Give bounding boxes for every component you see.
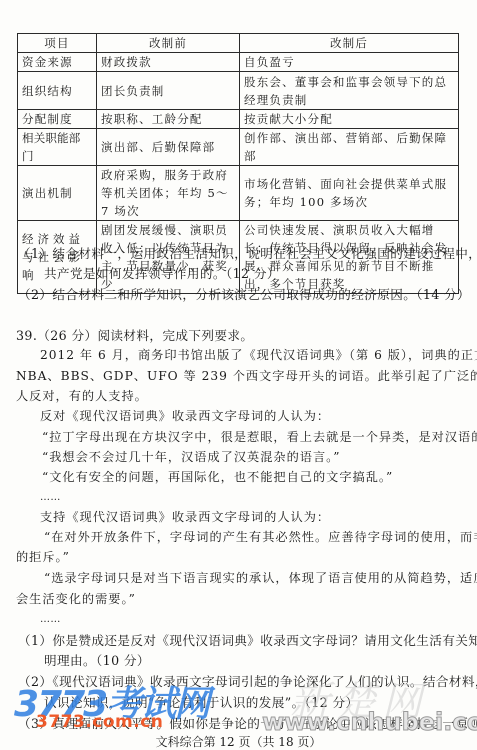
support-quote-2-line1: “选录字母词只是对当下语言现实的承认，体现了语言使用的从简趋势，适应了社 bbox=[44, 570, 477, 586]
q38-sub2: （2）结合材料二和所学知识，分析该演艺公司取得成功的经济原因。（14 分） bbox=[18, 287, 470, 303]
row-after: 按贡献大小分配 bbox=[240, 110, 459, 129]
support-quote-1-line2: 的拒斥。” bbox=[16, 549, 70, 565]
oppose-quote-1: “拉丁字母出现在方块汉字中，很是惹眼，看上去就是一个异类，是对汉语的污染。” bbox=[42, 429, 477, 445]
q39-para1-line3: 人反对，有的人支持。 bbox=[16, 388, 148, 404]
row-after: 市场化营销、面向社会提供菜单式服务；年均 100 多场次 bbox=[240, 166, 459, 221]
row-before: 财政拨款 bbox=[97, 53, 240, 72]
exam-page: 项目 改制前 改制后 资金来源 财政拨款 自负盈亏 组织结构 团长负责制 股东会… bbox=[0, 0, 477, 750]
support-quote-2-line2: 会生活变化的需要。” bbox=[16, 591, 136, 607]
table-row: 分配制度 按职称、工龄分配 按贡献大小分配 bbox=[18, 110, 459, 129]
table-row: 组织结构 团长负责制 股东会、董事会和监事会领导下的总经理负责制 bbox=[18, 72, 459, 110]
row-before: 按职称、工龄分配 bbox=[97, 110, 240, 129]
table-row: 演出机制 政府采购，服务于政府等机关团体；年均 5～7 场次 市场化营销、面向社… bbox=[18, 166, 459, 221]
row-before: 团长负责制 bbox=[97, 72, 240, 110]
q39-heading: 39.（26 分）阅读材料，完成下列要求。 bbox=[16, 328, 253, 344]
table-row: 相关职能部门 演出部、后勤保障部 创作部、演出部、营销部、后勤保障部 bbox=[18, 129, 459, 166]
table-header-row: 项目 改制前 改制后 bbox=[18, 34, 459, 53]
header-item: 项目 bbox=[18, 34, 97, 53]
row-before: 演出部、后勤保障部 bbox=[97, 129, 240, 166]
watermark-cnhubei-url: www.cnhubei.com bbox=[262, 708, 477, 736]
row-item: 资金来源 bbox=[18, 53, 97, 72]
row-item: 演出机制 bbox=[18, 166, 97, 221]
header-before: 改制前 bbox=[97, 34, 240, 53]
row-item: 相关职能部门 bbox=[18, 129, 97, 166]
q39-para1-line2: NBA、BBS、GDP、UFO 等 239 个西文字母开头的词语。此举引起了广泛… bbox=[16, 368, 477, 384]
row-after: 自负盈亏 bbox=[240, 53, 459, 72]
row-before: 政府采购，服务于政府等机关团体；年均 5～7 场次 bbox=[97, 166, 240, 221]
q39-sub1-line2: 明理由。（10 分） bbox=[44, 653, 150, 669]
q38-sub1-line2: 共产党是如何发挥领导作用的。（12 分） bbox=[44, 266, 280, 282]
row-item: 组织结构 bbox=[18, 72, 97, 110]
oppose-intro: 反对《现代汉语词典》收录西文字母词的人认为： bbox=[40, 408, 330, 424]
q39-para1-line1: 2012 年 6 月，商务印书馆出版了《现代汉语词典》（第 6 版），词典的正文… bbox=[40, 347, 477, 363]
header-after: 改制后 bbox=[240, 34, 459, 53]
ellipsis-1: …… bbox=[40, 490, 61, 506]
support-quote-1-line1: “在对外开放条件下，字母词的产生有其必然性。应善待字母词的使用，而非简单 bbox=[44, 529, 477, 545]
oppose-quote-2: “我想会不会过几十年，汉语成了汉英混杂的语言。” bbox=[42, 449, 341, 465]
oppose-quote-3: “文化有安全的问题，再国际化，也不能把自己的文字搞乱。” bbox=[42, 469, 393, 485]
row-item: 分配制度 bbox=[18, 110, 97, 129]
row-after: 股东会、董事会和监事会领导下的总经理负责制 bbox=[240, 72, 459, 110]
watermark-3773-url: 3773.com.cn bbox=[36, 712, 163, 732]
support-intro: 支持《现代汉语词典》收录西文字母词的人认为： bbox=[40, 509, 330, 525]
ellipsis-2: …… bbox=[40, 612, 61, 628]
q38-sub1-line1: （1）结合材料一，运用政治生活知识，说明在社会主义文化强国的建设过程中，中国 bbox=[18, 246, 477, 262]
row-after: 创作部、演出部、营销部、后勤保障部 bbox=[240, 129, 459, 166]
q39-sub1-line1: （1）你是赞成还是反对《现代汉语词典》收录西文字母词？请用文化生活有关知识阐 bbox=[18, 633, 477, 649]
table-row: 资金来源 财政拨款 自负盈亏 bbox=[18, 53, 459, 72]
